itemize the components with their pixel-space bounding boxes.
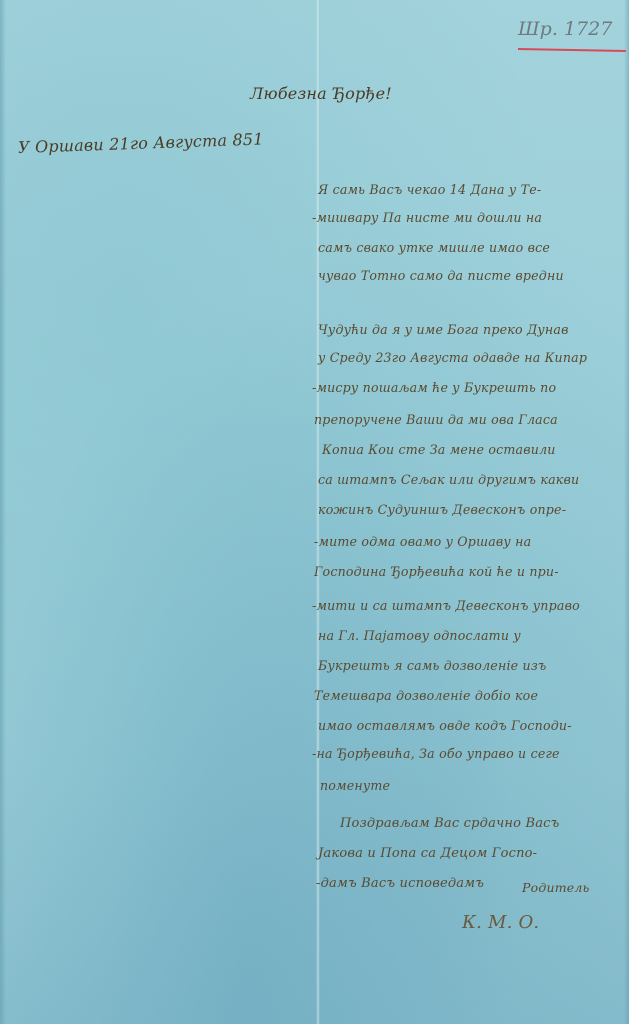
body-line: са штампъ Сељак или другимъ какви (318, 472, 579, 487)
body-line: Копиа Кои сте За мене оставили (322, 442, 556, 457)
body-line: Чудући да я у име Бога преко Дунав (318, 322, 569, 337)
signature-prefix: Родитель (522, 880, 590, 895)
archive-mark-underline (518, 48, 626, 52)
body-line: препоручене Ваши да ми ова Гласа (314, 412, 558, 427)
body-line: у Среду 23го Августа одавде на Кипар (318, 350, 587, 365)
dateline: У Оршави 21го Августа 851 (18, 129, 264, 157)
body-line: -на Ђорђевића, За обо управо и сеге (312, 746, 560, 761)
body-line: Букрешть я самь дозволеніе изъ (318, 658, 547, 673)
body-line: Господина Ђорђевића кой ће и при- (314, 564, 559, 579)
body-line: кожинъ Судуиншъ Девесконъ опре- (318, 502, 566, 517)
closing-line: -дамъ Васъ исповедамъ (316, 876, 484, 891)
paper-edge-left (0, 0, 6, 1024)
body-line: чувао Тотно само да писте вредни (318, 268, 564, 283)
body-line: самъ свако утке мишле имао все (318, 240, 550, 255)
signature-initials: К. М. О. (462, 912, 539, 933)
archive-reference-mark: Шр. 1727 (518, 18, 612, 40)
body-line: Я самь Васъ чекао 14 Дана у Те- (318, 182, 541, 197)
closing-line: Јакова и Попа са Децом Госпо- (318, 846, 537, 861)
body-line: на Гл. Пајатову одпослати у (318, 628, 521, 643)
closing-line: Поздрављам Вас срдачно Васъ (340, 816, 560, 831)
paper-edge-right (624, 0, 629, 1024)
body-line: -мите одма овамо у Оршаву на (314, 534, 531, 549)
body-line: поменуте (320, 778, 390, 793)
body-line: -мисру пошаљам ће у Букрешть по (312, 380, 556, 395)
body-line: -мити и са штампъ Девесконъ управо (312, 598, 580, 613)
letter-page: Шр. 1727 Любезна Ђорђе! У Оршави 21го Ав… (0, 0, 629, 1024)
body-line: имао оставлямъ овде кодъ Господи- (318, 718, 572, 733)
body-line-with-strikethrough: Темешвара дозволеніе добіо кое (314, 688, 538, 703)
body-line: -мишвару Па нисте ми дошли на (312, 210, 542, 225)
salutation: Любезна Ђорђе! (250, 84, 392, 103)
